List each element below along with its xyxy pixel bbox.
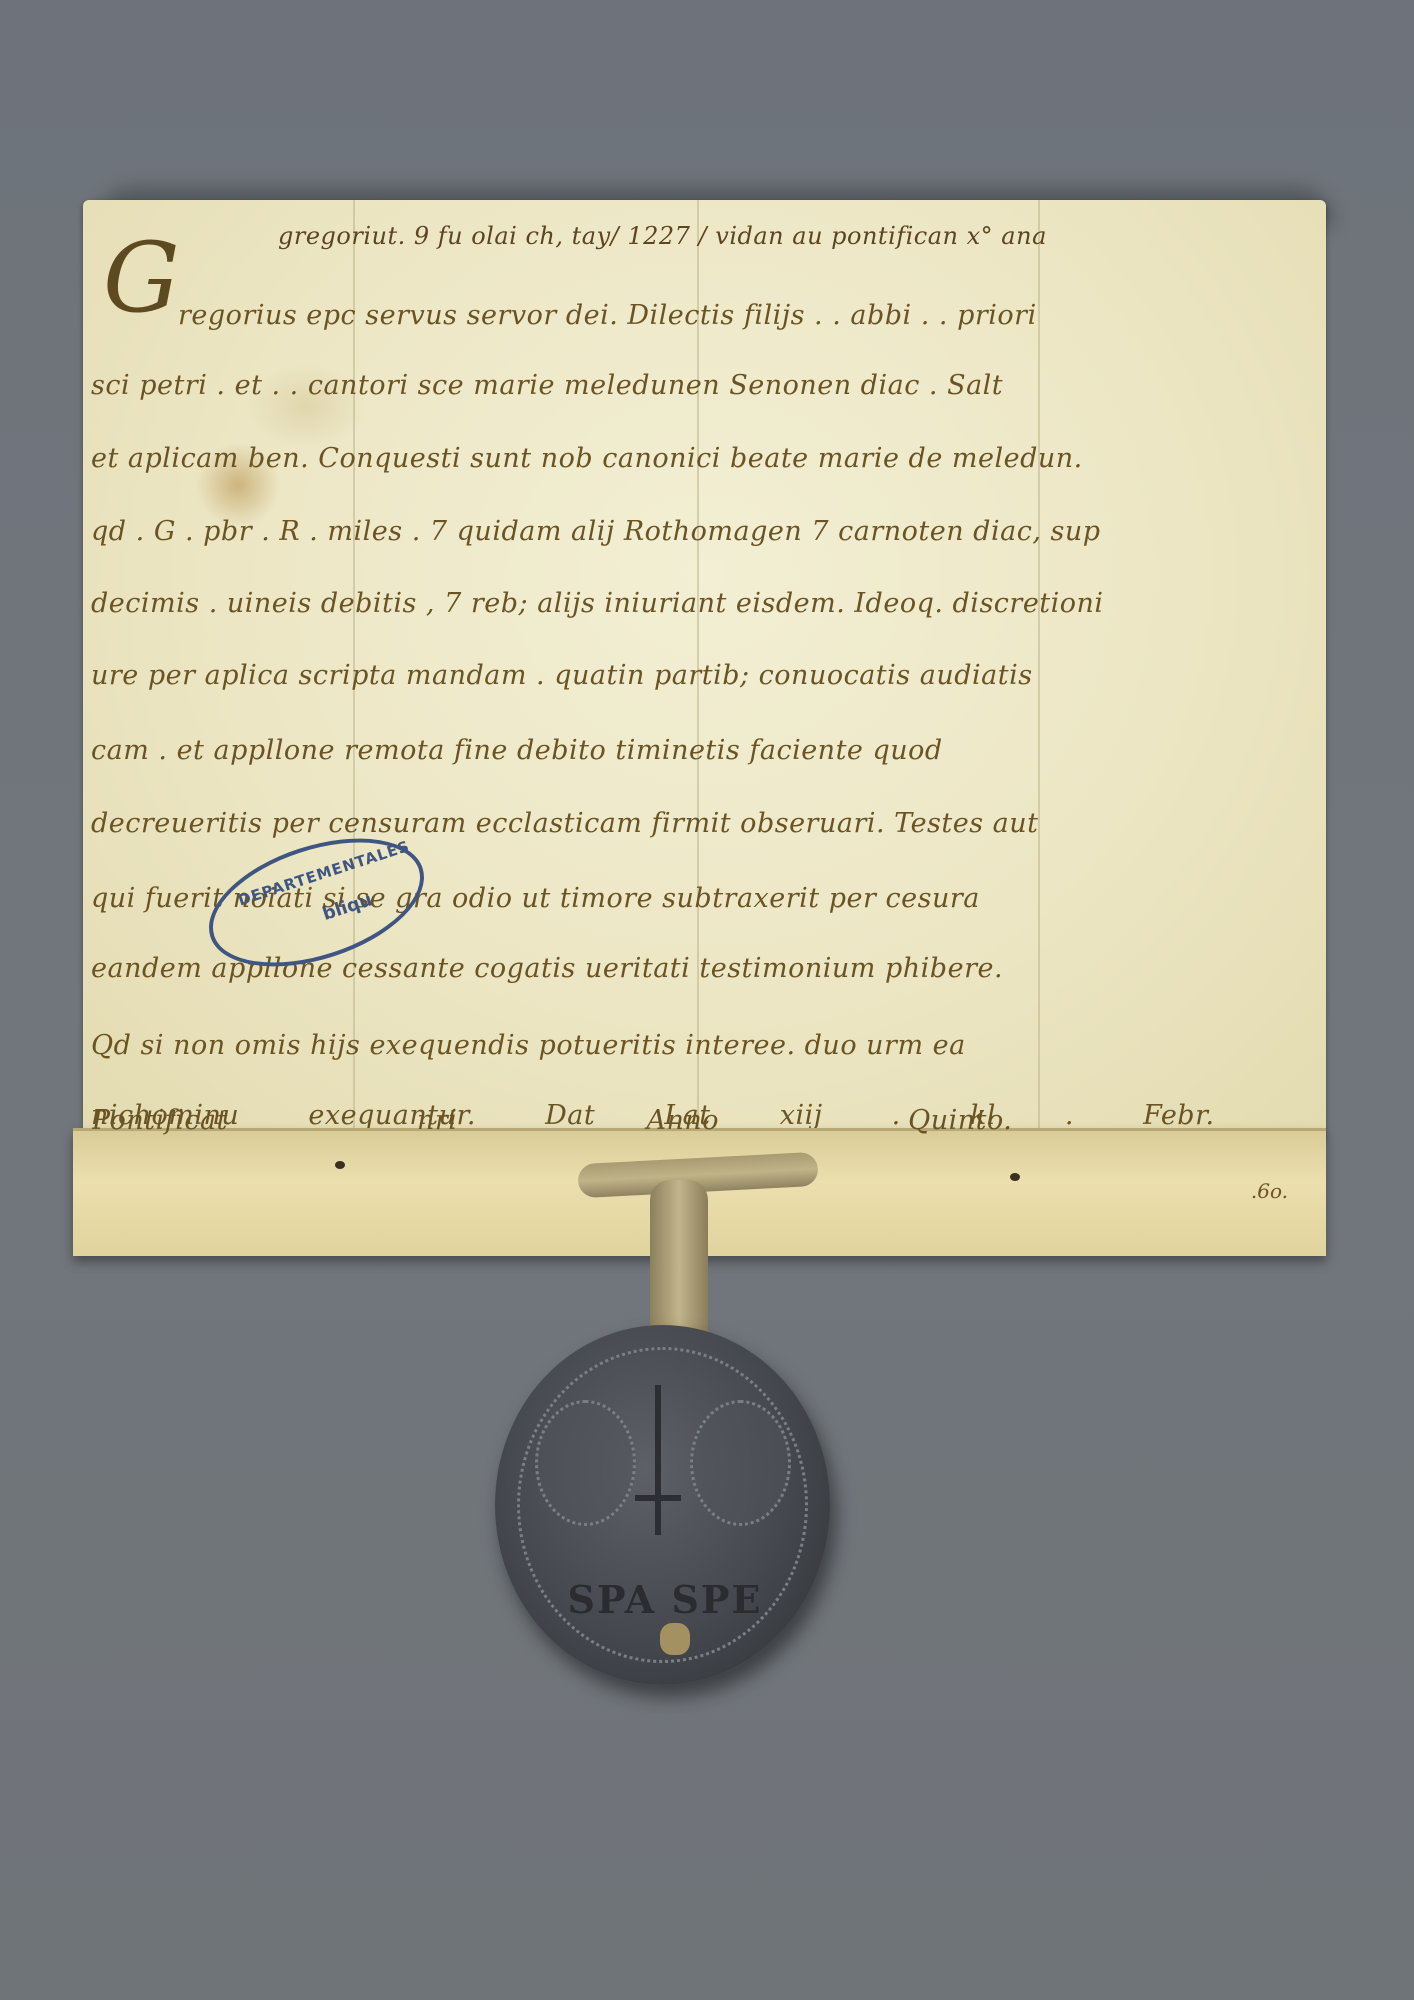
stamp-text-2: bliqu (320, 889, 375, 925)
seal-head-right (690, 1400, 791, 1526)
text-line-13: Pontificat nri Anno Quinto. (92, 1105, 1292, 1136)
text-line-3: et aplicam ben. Conquesti sunt nob canon… (91, 443, 1334, 474)
text-line-6: ure per aplica scripta mandam . quatin p… (91, 660, 1334, 691)
seal-cord-end (660, 1623, 690, 1655)
cord-hole (335, 1161, 345, 1169)
lead-seal: SPA SPE (495, 1325, 830, 1685)
seal-cross-bar (635, 1495, 681, 1501)
cord-hole (1010, 1173, 1020, 1181)
text-line-11: Qd si non omis hijs exequendis potueriti… (91, 1030, 1334, 1061)
text-line-4: qd . G . pbr . R . miles . 7 quidam alij… (91, 516, 1334, 547)
plica-annotation: .6o. (1251, 1179, 1288, 1203)
text-line-2: sci petri . et . . cantori sce marie mel… (91, 370, 1334, 401)
seal-inscription: SPA SPE (565, 1577, 765, 1622)
decorated-initial: G (103, 230, 180, 326)
parchment-sheet: G gregoriut. 9 fu olai ch, tay/ 1227 / v… (83, 200, 1326, 1138)
archival-annotation: gregoriut. 9 fu olai ch, tay/ 1227 / vid… (278, 222, 1318, 250)
text-line-1: regorius epc servus servor dei. Dilectis… (178, 300, 1318, 331)
text-line-7: cam . et appllone remota fine debito tim… (91, 735, 1334, 766)
text-line-8: decreueritis per censuram ecclasticam fi… (91, 808, 1334, 839)
text-line-5: decimis . uineis debitis , 7 reb; alijs … (91, 588, 1334, 619)
seal-head-left (535, 1400, 636, 1526)
seal-cross (655, 1385, 661, 1535)
